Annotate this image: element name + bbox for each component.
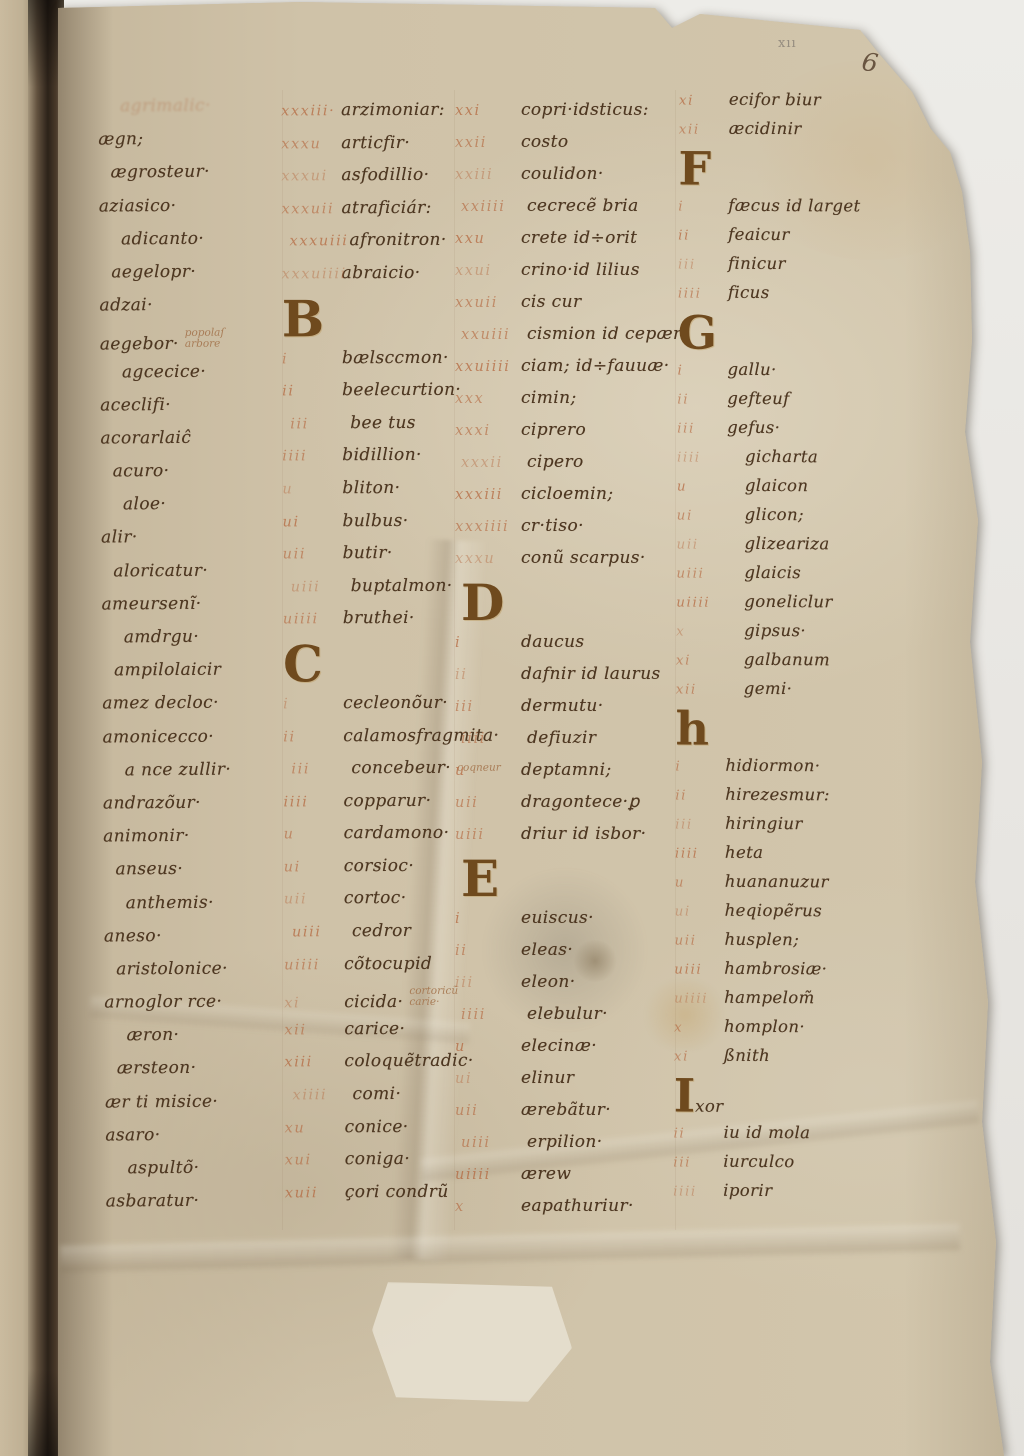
entry-row: iiiu id mola <box>673 1123 861 1153</box>
entry-word: asfodillio· <box>341 165 429 185</box>
entry-row: xxxiiiicr·tiso· <box>455 516 688 548</box>
entry-word: asaro· <box>105 1125 160 1145</box>
entry-row: xxucrete id÷orit <box>455 228 688 260</box>
entry-word: glizeariza <box>745 534 830 553</box>
entry-numeral: iii <box>673 1155 723 1171</box>
entry-word: copparur· <box>343 791 431 811</box>
entry-row: xhomplon· <box>674 1017 862 1047</box>
entry-row: igallu· <box>677 360 865 390</box>
entry-word: abraicio· <box>342 263 421 283</box>
entry-row: alir· <box>101 527 236 561</box>
entry-word: æron· <box>127 1025 180 1045</box>
entry-numeral: i <box>677 363 727 379</box>
entry-word: cortoc· <box>344 888 407 908</box>
entry-numeral: iii <box>675 817 725 833</box>
entry-row: anthemis· <box>104 892 239 926</box>
entry-word: çori condrũ <box>345 1182 449 1202</box>
entry-word: cõtocupid <box>344 954 432 974</box>
entry-word: cimin; <box>521 388 577 408</box>
decorated-initial: G <box>678 306 718 360</box>
entry-row: acorarlaiĉ <box>100 427 235 461</box>
entry-word: andrazõur· <box>103 793 201 814</box>
entry-row: Ixor <box>674 1075 862 1124</box>
entry-numeral: i <box>283 696 343 712</box>
entry-row: uiiiihampelom̃ <box>674 988 862 1018</box>
entry-numeral: xu <box>285 1120 345 1136</box>
entry-row: xißnith <box>674 1046 862 1076</box>
entry-numeral: uiii <box>291 579 351 595</box>
entry-row: aziasico· <box>99 195 234 229</box>
entry-row: xxiicosto <box>455 132 688 164</box>
entry-word: arnoglor rce· <box>104 992 222 1013</box>
entry-row: agcecice· <box>100 361 235 395</box>
entry-numeral: xui <box>285 1152 345 1168</box>
entry-word: atraficiár: <box>341 198 431 218</box>
entry-word: glaicis <box>744 563 801 582</box>
entry-row: xxuiiiiciam; id÷fauuæ· <box>455 356 688 388</box>
entry-numeral: xxuiiii <box>455 359 521 375</box>
entry-row: ieuiscus· <box>455 908 688 940</box>
entry-word: gipsus· <box>744 621 806 640</box>
entry-word: ægrosteur· <box>111 162 210 183</box>
entry-row: amonicecco· <box>102 726 237 760</box>
entry-row: uiheqiopẽrus <box>675 901 863 931</box>
entry-word: eleon· <box>521 972 576 992</box>
entry-word: carice· <box>344 1019 405 1039</box>
entry-row: aspultõ· <box>105 1158 240 1192</box>
entry-row: iigefteuf <box>677 389 865 419</box>
entry-row: aegebor·popolaſarbore <box>100 328 235 362</box>
entry-word: gefus· <box>727 418 780 437</box>
entry-numeral: xxi <box>455 103 521 119</box>
entry-word: a nce zullir· <box>125 759 232 780</box>
entry-numeral: xii <box>284 1022 344 1038</box>
entry-word: heqiopẽrus <box>725 901 823 921</box>
entry-numeral: xxxuiiii <box>282 266 342 282</box>
entry-row: agrimalic· <box>98 96 233 130</box>
entry-row: uiiærebãtur· <box>455 1100 688 1132</box>
entry-numeral: u <box>284 826 344 842</box>
entry-word: husplen; <box>724 930 799 949</box>
entry-word: bruthei· <box>343 608 415 628</box>
entry-numeral: i <box>455 635 521 651</box>
entry-word: ecifor biur <box>729 90 821 109</box>
entry-row: udeptamni; <box>455 760 688 792</box>
entry-word: hampelom̃ <box>724 988 815 1007</box>
entry-row: andrazõur· <box>103 792 238 826</box>
entry-numeral: u <box>455 763 521 779</box>
entry-row: aceclifi· <box>100 394 235 428</box>
entry-numeral: xxui <box>455 263 521 279</box>
entry-row: a nce zullir· <box>103 759 238 793</box>
entry-word: glaicon <box>745 476 809 495</box>
decorated-initial: E <box>461 849 499 908</box>
entry-word: dragontece·ꝑ <box>521 792 640 812</box>
entry-numeral: xxxui <box>281 168 341 184</box>
column-4: xiecifor biur xiiæcidinir F ifæcus id la… <box>673 90 867 1211</box>
entry-numeral: xxuiii <box>461 327 527 343</box>
entry-word: agcecice· <box>122 361 206 382</box>
entry-row: uiidragontece·ꝑ <box>455 792 688 824</box>
decorated-initial: h <box>675 702 709 756</box>
entry-word: aloricatur· <box>113 560 208 581</box>
entry-numeral: xii <box>676 682 726 698</box>
entry-word: elebulur· <box>527 1004 608 1024</box>
entry-word: agrimalic· <box>120 96 211 117</box>
entry-word: amonicecco· <box>102 726 214 747</box>
entry-word: aloe· <box>123 494 166 514</box>
entry-row: ægrosteur· <box>99 162 234 196</box>
entry-word: ær ti misice· <box>105 1091 218 1112</box>
entry-word: gefteuf <box>727 389 789 408</box>
entry-row: iiiigicharta <box>677 447 865 477</box>
entry-word: acorarlaiĉ <box>100 428 191 449</box>
entry-word: anthemis· <box>126 892 214 913</box>
entry-row: h <box>675 708 863 757</box>
entry-row: aloe· <box>101 494 236 528</box>
entry-word: anseus· <box>115 859 183 879</box>
entry-row: iiiiheta <box>675 843 863 873</box>
entry-row: iifeaicur <box>678 225 866 255</box>
entry-numeral: uii <box>455 1103 521 1119</box>
entry-word: costo <box>521 132 569 152</box>
entry-numeral: xi <box>674 1049 724 1065</box>
entry-word: heta <box>725 843 764 862</box>
entry-word: ærebãtur· <box>521 1100 611 1120</box>
entry-numeral: xxxuiii <box>290 234 350 250</box>
entry-numeral: x <box>455 1199 521 1215</box>
entry-row: iiifinicur <box>678 254 866 284</box>
entry-word: cr·tiso· <box>521 516 584 536</box>
entry-row: xxuiiicismion id cepær <box>455 324 688 356</box>
entry-row: xxxiciprero <box>455 420 688 452</box>
entry-word: fæcus id larget <box>728 196 860 216</box>
entry-row: E <box>455 856 688 908</box>
entry-row: iiiiiporir <box>673 1180 861 1210</box>
entry-word: galbanum <box>744 650 830 669</box>
decorated-initial: C <box>283 634 323 693</box>
entry-numeral: ii <box>678 228 728 244</box>
entry-word: dafnir id laurus <box>521 664 661 684</box>
entry-word: hidiormon· <box>725 756 820 775</box>
gloss-box: popolaſarbore <box>185 328 225 350</box>
manuscript-photo: xıı 6 agrimalic· ægn; ægrosteur· aziasic… <box>0 0 1024 1456</box>
entry-numeral: ii <box>282 383 342 399</box>
entry-word: bulbus· <box>342 510 408 530</box>
entry-row: aloricatur· <box>101 560 236 594</box>
entry-row: iiiiurculco <box>673 1152 861 1182</box>
entry-word: driur id isbor· <box>521 824 646 844</box>
entry-row: xxiiiicecrecẽ bria <box>455 196 688 228</box>
entry-numeral: i <box>282 351 342 367</box>
entry-word: gallu· <box>727 360 776 379</box>
entry-word: cecrecẽ bria <box>527 196 639 216</box>
entry-row: xxuiicis cur <box>455 292 688 324</box>
entry-numeral: x <box>676 624 726 640</box>
entry-row: uiiierpilion· <box>455 1132 688 1164</box>
entry-numeral: iiii <box>283 794 343 810</box>
entry-numeral: iii <box>677 421 727 437</box>
entry-row: iiigefus· <box>677 418 865 448</box>
entry-numeral: uii <box>677 537 727 553</box>
entry-numeral: xxii <box>455 135 521 151</box>
entry-numeral: uii <box>455 795 521 811</box>
entry-word: goneliclur <box>744 592 833 611</box>
entry-row: xxxiiicicloemin; <box>455 484 688 516</box>
entry-word: elecinæ· <box>521 1036 597 1056</box>
entry-word: beelecurtion· <box>342 380 461 400</box>
entry-numeral: xi <box>284 995 344 1011</box>
entry-word: ameursenĩ· <box>102 594 202 615</box>
entry-row: iiidermutu· <box>455 696 688 728</box>
entry-word: ciprero <box>521 420 586 440</box>
entry-numeral: iii <box>290 416 350 432</box>
entry-word: xor <box>695 1097 723 1116</box>
entry-word: conice· <box>345 1117 409 1137</box>
entry-numeral: i <box>678 199 728 215</box>
entry-word: bee tus <box>350 413 416 433</box>
entry-row: æron· <box>105 1025 240 1059</box>
entry-numeral: uiiii <box>284 957 344 973</box>
parchment-leaf: xıı 6 agrimalic· ægn; ægrosteur· aziasic… <box>0 0 1024 1456</box>
entry-word: feaicur <box>728 225 790 244</box>
entry-word: cicloemin; <box>521 484 613 504</box>
entry-row: xxxiicipero <box>455 452 688 484</box>
entry-numeral: iiii <box>461 731 527 747</box>
entry-numeral: uii <box>284 892 344 908</box>
entry-row: uelecinæ· <box>455 1036 688 1068</box>
entry-row: xigalbanum <box>676 650 864 680</box>
entry-numeral: uiii <box>674 962 724 978</box>
entry-numeral: xxxiii <box>455 487 521 503</box>
entry-row: iiiielebulur· <box>455 1004 688 1036</box>
entry-numeral: uii <box>674 933 724 949</box>
entry-numeral: uiii <box>676 566 726 582</box>
entry-word: cedror <box>352 921 411 941</box>
parchment-leaf-wrap: xıı 6 agrimalic· ægn; ægrosteur· aziasic… <box>0 0 1024 1456</box>
entry-row: asbaratur· <box>106 1191 241 1225</box>
entry-numeral: ii <box>675 788 725 804</box>
entry-numeral: ui <box>284 859 344 875</box>
decorated-initial: B <box>282 289 324 348</box>
entry-row: uiglicon; <box>677 505 865 535</box>
entry-word: ærsteon· <box>117 1058 197 1079</box>
entry-numeral: x <box>674 1020 724 1036</box>
entry-numeral: iii <box>455 699 521 715</box>
entry-row: xxxcimin; <box>455 388 688 420</box>
entry-word: acuro· <box>113 461 170 481</box>
entry-word: hambrosiæ· <box>724 959 827 979</box>
entry-word: eleas· <box>521 940 573 960</box>
entry-word: crino·id lilius <box>521 260 640 280</box>
entry-numeral: xxxuii <box>281 201 341 217</box>
entry-row: ægn; <box>98 129 233 163</box>
entry-numeral: uiiii <box>676 595 726 611</box>
entry-numeral: iii <box>678 257 728 273</box>
entry-word: aceclifi· <box>100 395 171 415</box>
entry-row: anseus· <box>103 859 238 893</box>
entry-row: iihirezesmur: <box>675 785 863 815</box>
entry-row: acuro· <box>101 461 236 495</box>
entry-word: iporir <box>723 1181 772 1200</box>
entry-numeral: u <box>675 875 725 891</box>
entry-word: æcidinir <box>729 119 802 138</box>
entry-word: cicida· <box>344 992 403 1012</box>
entry-word: gemi· <box>744 679 793 698</box>
entry-numeral: uiii <box>292 924 352 940</box>
entry-row: ær ti misice· <box>105 1091 240 1125</box>
entry-word: aspultõ· <box>127 1158 199 1179</box>
entry-row: aristolonice· <box>104 958 239 992</box>
interlinear-gloss-2: carie· <box>409 997 458 1008</box>
entry-word: cismion id cepær <box>527 324 682 344</box>
entry-word: aegelopr· <box>111 262 196 283</box>
entry-row: uglaicon <box>677 476 865 506</box>
entry-word: copri·idsticus: <box>521 100 649 120</box>
entry-word: bælsccmon· <box>342 347 449 367</box>
entry-numeral: u <box>455 1039 521 1055</box>
entry-row: iiieleon· <box>455 972 688 1004</box>
entry-numeral: xxxu <box>455 551 521 567</box>
entry-word: ßnith <box>724 1046 770 1065</box>
entry-word: dermutu· <box>521 696 604 716</box>
entry-word: adicanto· <box>121 228 204 249</box>
interlinear-gloss-2: arbore <box>185 339 225 350</box>
entry-row: iiiidefiuzir <box>455 728 688 760</box>
entry-row: F <box>678 148 866 197</box>
entry-numeral: xi <box>679 93 729 109</box>
entry-numeral: xiii <box>284 1055 344 1071</box>
entry-numeral: ui <box>677 508 727 524</box>
entry-row: iidafnir id laurus <box>455 664 688 696</box>
folio-number: 6 <box>860 47 880 78</box>
entry-word: animonir· <box>103 826 190 847</box>
entry-word: cipero <box>527 452 584 472</box>
entry-numeral: i <box>675 759 725 775</box>
entry-word: cis cur <box>521 292 581 312</box>
entry-word: elinur <box>521 1068 574 1088</box>
entry-numeral: iiii <box>673 1183 723 1199</box>
entry-row: uielinur <box>455 1068 688 1100</box>
entry-word: amdrgu· <box>124 627 199 648</box>
entry-numeral: ii <box>455 943 521 959</box>
entry-numeral: iii <box>291 761 351 777</box>
repair-patch <box>372 1282 572 1402</box>
entry-row: uiiihambrosiæ· <box>674 959 862 989</box>
entry-numeral: xxuii <box>455 295 521 311</box>
entry-word: articfir· <box>341 133 410 153</box>
entry-numeral: xxxu <box>281 136 341 152</box>
entry-numeral: iiii <box>461 1007 527 1023</box>
entry-row: uiiiiærew <box>455 1164 688 1196</box>
entry-row: amdrgu· <box>102 627 237 661</box>
entry-word: defiuzir <box>527 728 596 748</box>
entry-word: bliton· <box>342 478 400 498</box>
entry-row: asaro· <box>105 1124 240 1158</box>
entry-word: iu id mola <box>723 1123 810 1142</box>
gloss-box: cortoricũcarie· <box>409 986 458 1008</box>
entry-numeral: iiii <box>678 286 728 302</box>
entry-row: xxicopri·idsticus: <box>455 100 688 132</box>
entry-row: ihidiormon· <box>675 756 863 786</box>
entry-word: cecleonõur· <box>343 693 448 713</box>
entry-word: erpilion· <box>527 1132 603 1152</box>
entry-numeral: uiiii <box>455 1167 521 1183</box>
entry-word: daucus <box>521 632 585 652</box>
entry-word: asbaratur· <box>106 1191 200 1212</box>
entry-numeral: xxxii <box>461 455 527 471</box>
decorated-initial: F <box>678 142 711 196</box>
entry-word: butir· <box>343 543 393 563</box>
column-3: xxicopri·idsticus: xxiicosto xxiiicoulid… <box>455 100 688 1228</box>
entry-numeral: xiiii <box>293 1087 353 1103</box>
entry-numeral: xuii <box>285 1185 345 1201</box>
entry-numeral: iii <box>455 975 521 991</box>
entry-word: deptamni; <box>521 760 612 780</box>
entry-row: animonir· <box>103 826 238 860</box>
decorated-initial: D <box>461 573 504 632</box>
entry-numeral: u <box>282 481 342 497</box>
entry-numeral: ii <box>673 1126 723 1142</box>
entry-word: aziasico· <box>99 196 177 217</box>
entry-word: glicon; <box>745 505 804 524</box>
entry-word: concebeur· <box>351 758 451 778</box>
entry-word: huananuzur <box>725 872 829 892</box>
entry-numeral: uiii <box>455 827 521 843</box>
entry-row: ærsteon· <box>105 1058 240 1092</box>
entry-row: ifæcus id larget <box>678 196 866 226</box>
entry-word: ficus <box>728 283 770 302</box>
entry-numeral: uiii <box>461 1135 527 1151</box>
entry-row: aneso· <box>104 925 239 959</box>
entry-row: xxuicrino·id lilius <box>455 260 688 292</box>
entry-numeral: uiiii <box>674 991 724 1007</box>
entry-numeral: iiii <box>677 450 727 466</box>
entry-word: ægn; <box>98 129 143 149</box>
entry-word: aneso· <box>104 926 162 946</box>
entry-word: aristolonice· <box>116 958 228 979</box>
entry-numeral: xi <box>676 653 726 669</box>
entry-row: iiihiringiur <box>675 814 863 844</box>
pencil-mark: xıı <box>778 36 797 51</box>
entry-numeral: i <box>455 911 521 927</box>
entry-row: G <box>678 312 866 361</box>
entry-word: homplon· <box>724 1017 805 1036</box>
entry-row: adzai· <box>99 295 234 329</box>
entry-word: conũ scarpus· <box>521 548 646 568</box>
entry-numeral: iiii <box>282 449 342 465</box>
entry-row: arnoglor rce· <box>104 992 239 1026</box>
entry-numeral: u <box>677 479 727 495</box>
entry-numeral: xxx <box>455 391 521 407</box>
entry-word: ærew <box>521 1164 571 1184</box>
entry-row: uiiglizeariza <box>676 534 864 564</box>
entry-word: iurculco <box>723 1152 794 1171</box>
entry-numeral: xxxi <box>455 423 521 439</box>
entry-row: xgipsus· <box>676 621 864 651</box>
entry-row: adicanto· <box>99 228 234 262</box>
entry-numeral: xxxiii· <box>281 103 341 119</box>
entry-numeral: ii <box>283 729 343 745</box>
entry-word: amez decloc· <box>102 693 219 714</box>
entry-numeral: uii <box>283 546 343 562</box>
entry-row: aegelopr· <box>99 261 234 295</box>
entry-numeral: ui <box>455 1071 521 1087</box>
entry-row: ameursenĩ· <box>102 593 237 627</box>
entry-word: aegebor· <box>100 334 179 355</box>
entry-row: xxiiicoulidon· <box>455 164 688 196</box>
entry-numeral: ui <box>282 514 342 530</box>
